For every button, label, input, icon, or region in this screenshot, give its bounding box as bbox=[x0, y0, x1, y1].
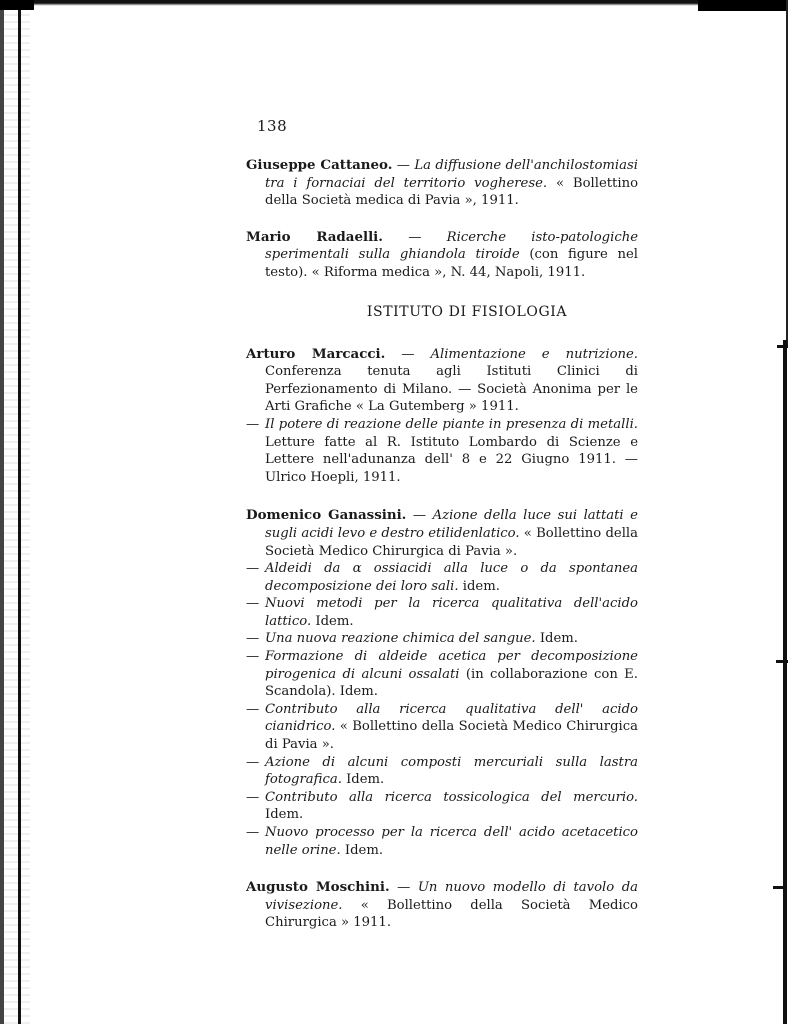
bibliography-sub-entry: —Nuovo processo per la ricerca dell' aci… bbox=[246, 824, 638, 859]
scan-right-tick bbox=[773, 886, 785, 889]
publication-info: Idem. bbox=[536, 631, 578, 646]
dash: — bbox=[246, 824, 265, 842]
bibliography-sub-entry: —Nuovi metodi per la ricerca qualitativa… bbox=[246, 595, 638, 630]
publication-info: Idem. bbox=[341, 843, 383, 858]
publication-info: Idem. bbox=[265, 807, 303, 822]
author-name: Mario Radaelli. bbox=[246, 229, 383, 245]
scan-right-edge bbox=[783, 340, 787, 1024]
dash: — bbox=[385, 347, 430, 362]
work-title: Aldeidi da α ossiacidi alla luce o da sp… bbox=[265, 561, 638, 594]
dash: — bbox=[392, 158, 414, 173]
bibliography-sub-entry: —Il potere di reazione delle piante in p… bbox=[246, 416, 638, 486]
scan-book-spine bbox=[18, 0, 21, 1024]
dash: — bbox=[246, 630, 265, 648]
bibliography-entry-moschini: Augusto Moschini. — Un nuovo modello di … bbox=[246, 879, 638, 932]
dash: — bbox=[246, 416, 265, 434]
scan-top-border bbox=[0, 0, 788, 6]
bibliography-entry-cattaneo: Giuseppe Cattaneo. — La diffusione dell'… bbox=[246, 157, 638, 210]
work-title: Contributo alla ricerca tossicologica de… bbox=[265, 790, 638, 805]
dash: — bbox=[246, 789, 265, 807]
dash: — bbox=[246, 701, 265, 719]
page-number: 138 bbox=[257, 117, 287, 135]
publication-info: Idem. bbox=[311, 614, 353, 629]
work-title: Nuovo processo per la ricerca dell' acid… bbox=[265, 825, 638, 858]
scan-left-edge-grain bbox=[4, 0, 30, 1024]
spacer bbox=[246, 322, 638, 346]
scan-right-tick bbox=[777, 345, 788, 348]
scan-left-edge bbox=[0, 0, 4, 1024]
bibliography-sub-entry: —Formazione di aldeide acetica per decom… bbox=[246, 648, 638, 701]
dash: — bbox=[246, 754, 265, 772]
spacer bbox=[246, 486, 638, 507]
bibliography-sub-entry: —Contributo alla ricerca tossicologica d… bbox=[246, 789, 638, 824]
spacer bbox=[246, 210, 638, 229]
spacer bbox=[246, 282, 638, 304]
bibliography-sub-entry: —Aldeidi da α ossiacidi alla luce o da s… bbox=[246, 560, 638, 595]
work-title: Azione di alcuni composti mercuriali sul… bbox=[265, 755, 638, 788]
dash: — bbox=[383, 230, 447, 245]
spacer bbox=[246, 859, 638, 879]
work-title: Alimentazione e nutrizione. bbox=[430, 347, 638, 362]
author-name: Domenico Ganassini. bbox=[246, 507, 406, 523]
bibliography-sub-entry: —Una nuova reazione chimica del sangue. … bbox=[246, 630, 638, 648]
section-heading: ISTITUTO DI FISIOLOGIA bbox=[246, 304, 638, 322]
author-name: Arturo Marcacci. bbox=[246, 346, 385, 362]
author-name: Giuseppe Cattaneo. bbox=[246, 157, 392, 173]
bibliography-sub-entry: —Azione di alcuni composti mercuriali su… bbox=[246, 754, 638, 789]
dash: — bbox=[390, 880, 418, 895]
publication-info: idem. bbox=[459, 579, 500, 594]
dash: — bbox=[406, 508, 432, 523]
scan-top-right-shadow bbox=[698, 0, 788, 11]
work-title: Una nuova reazione chimica del sangue. bbox=[265, 631, 536, 646]
bibliography-entry-ganassini: Domenico Ganassini. — Azione della luce … bbox=[246, 507, 638, 560]
author-name: Augusto Moschini. bbox=[246, 879, 390, 895]
bibliography-entry-marcacci: Arturo Marcacci. — Alimentazione e nutri… bbox=[246, 346, 638, 416]
work-title: Il potere di reazione delle piante in pr… bbox=[265, 417, 638, 432]
publication-info: Conferenza tenuta agli Istituti Clinici … bbox=[265, 364, 638, 414]
scan-left-top-corner bbox=[0, 0, 34, 10]
dash: — bbox=[246, 648, 265, 666]
publication-info: Idem. bbox=[342, 772, 384, 787]
bibliography-sub-entry: —Contributo alla ricerca qualitativa del… bbox=[246, 701, 638, 754]
dash: — bbox=[246, 560, 265, 578]
publication-info: Letture fatte al R. Istituto Lombardo di… bbox=[265, 435, 638, 485]
dash: — bbox=[246, 595, 265, 613]
page-body: Giuseppe Cattaneo. — La diffusione dell'… bbox=[246, 157, 638, 932]
scan-right-tick bbox=[776, 660, 788, 663]
bibliography-entry-radaelli: Mario Radaelli. — Ricerche isto-patologi… bbox=[246, 229, 638, 282]
